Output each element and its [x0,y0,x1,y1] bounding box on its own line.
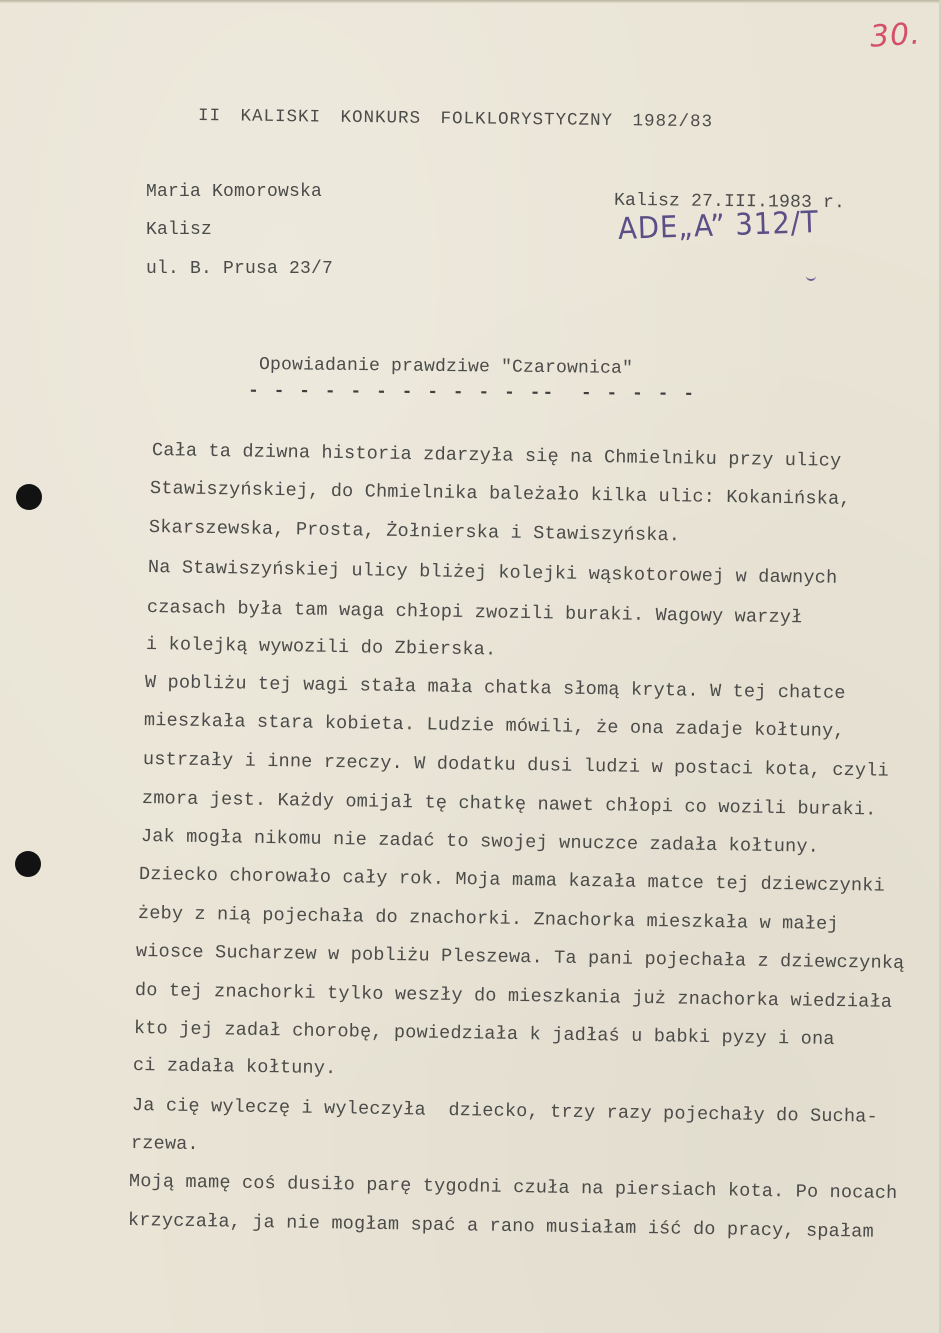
body-line: Ja cię wyleczę i wyleczyła dziecko, trzy… [132,1095,878,1128]
body-line: do tej znachorki tylko weszły do mieszka… [135,980,892,1013]
body-line: Skarszewska, Prosta, Żołnierska i Stawis… [149,517,680,546]
sender-name: Maria Komorowska [146,182,322,202]
punch-hole-bottom [15,851,41,877]
body-line: Jak mogła nikomu nie zadać to swojej wnu… [141,826,819,858]
body-line: W pobliżu tej wagi stała mała chatka sło… [145,672,846,704]
body-line: wiosce Sucharzew w pobliżu Pleszewa. Ta … [136,941,905,974]
archive-signature: ADE„A” 312/T [617,205,819,247]
body-line: rzewa. [131,1133,199,1155]
story-title: Opowiadanie prawdziwe "Czarownica" [259,355,633,379]
body-line: kto jej zadał chorobę, powiedziała k jad… [134,1018,835,1050]
body-line: Cała ta dziwna historia zdarzyła się na … [152,440,842,472]
body-line: Moją mamę coś dusiło parę tygodni czuła … [129,1171,898,1204]
body-line: ustrzały i inne rzeczy. W dodatku dusi l… [143,749,889,782]
punch-hole-top [16,484,42,510]
body-line: zmora jest. Każdy omijał tę chatkę nawet… [142,788,877,821]
body-line: mieszkała stara kobieta. Ludzie mówili, … [144,710,845,742]
body-line: Na Stawiszyńskiej ulicy bliżej kolejki w… [148,557,838,589]
body-line: krzyczała, ja nie mogłam spać a rano mus… [128,1210,874,1243]
body-line: Stawiszyńskiej, do Chmielnika bależało k… [150,478,851,510]
body-line: Dziecko chorowało cały rok. Moja mama ka… [139,864,885,897]
page-top-edge [0,0,941,3]
handwritten-mark [806,273,816,281]
page-number: 30. [869,16,922,54]
contest-heading: II KALISKI KONKURS FOLKLORYSTYCZNY 1982/… [198,106,713,132]
body-line: czasach była tam waga chłopi zwozili bur… [147,597,803,628]
body-line: i kolejką wywozili do Zbierska. [146,634,497,661]
title-underline: - - - - - - - - - - - -- - - - - - [248,381,696,404]
sender-address: ul. B. Prusa 23/7 [146,259,333,279]
sender-city: Kalisz [146,220,212,240]
body-line: ci zadała kołtuny. [133,1055,337,1079]
body-line: żeby z nią pojechała do znachorki. Znach… [138,903,839,935]
